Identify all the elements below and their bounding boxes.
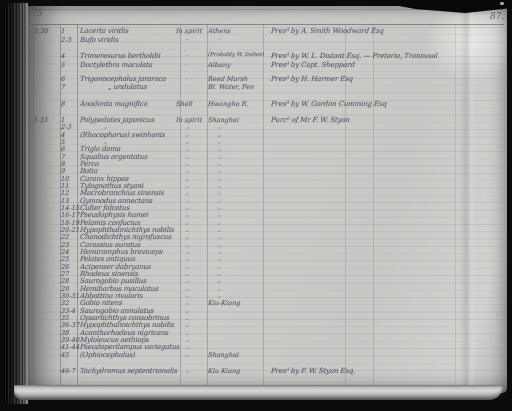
specimen-nature: „ xyxy=(186,138,190,145)
specimen-nature: „ xyxy=(186,255,190,262)
locality: Hwangho R. xyxy=(208,100,249,108)
locality: „ xyxy=(218,204,222,211)
specimen-nature: „ xyxy=(186,351,190,358)
locality: „ xyxy=(218,160,222,167)
specimen-nature: „ xyxy=(186,160,190,167)
specimen-nature: - xyxy=(186,36,189,43)
entry-number: 36-37 xyxy=(61,321,80,329)
species-name: „ undulatus xyxy=(108,83,148,91)
locality: „ xyxy=(218,175,222,182)
locality: „ xyxy=(218,233,222,240)
entry-number: 2-3 xyxy=(61,123,72,131)
locality: Reed Marsh xyxy=(208,75,249,83)
specimen-nature: „ xyxy=(186,343,190,350)
species-name: „ xyxy=(104,138,107,145)
locality: Bl. Water, Fen xyxy=(208,83,255,91)
entry-number: 32 xyxy=(61,299,70,307)
ledger-row: 46-7Tachydromus septentrionalis„Kiu Kian… xyxy=(28,367,508,376)
locality: „ xyxy=(218,182,222,189)
locality: (Probably W. Indies) xyxy=(208,52,265,58)
entry-date: 5.30 xyxy=(34,27,49,35)
page-corner-speck xyxy=(500,2,504,5)
species-name: Hypophthalmichthys nobilis xyxy=(80,321,175,329)
donor-note: Presᵈ by A. Smith Woodward Esq xyxy=(271,27,384,35)
specimen-nature: „ xyxy=(186,182,190,189)
locality: „ xyxy=(218,277,222,284)
entry-number: 7 xyxy=(61,83,66,91)
ledger-row: 4Trimeresurus bertholdii-(Probably W. In… xyxy=(28,52,508,61)
book-spine-edge xyxy=(4,3,28,404)
entry-number: 25 xyxy=(61,255,70,263)
entry-number: 6 xyxy=(61,145,66,153)
specimen-nature: „ xyxy=(186,336,190,343)
ledger-row: 45(Ophiocephalus)„Shanghai xyxy=(28,351,508,360)
ledger-row: 8Anodonta magnificaShellHwangho R.Presᵈ … xyxy=(28,100,508,109)
species-name: (Ophiocephalus) xyxy=(80,351,136,359)
species-name: Anodonta magnifica xyxy=(80,100,148,108)
species-name: Gobio nitens xyxy=(80,299,123,307)
scanned-register-page: 75 87. 5.301Lacerta viridisIn spiritAthe… xyxy=(0,0,512,411)
locality: Kiu-Kiang xyxy=(208,299,241,307)
specimen-nature: „ xyxy=(186,367,190,374)
specimen-nature: „ xyxy=(186,292,190,299)
specimen-nature: „ xyxy=(186,307,190,314)
locality: „ xyxy=(218,263,222,270)
locality: „ xyxy=(218,219,222,226)
specimen-nature: „ xyxy=(186,233,190,240)
page-bottom-edges xyxy=(14,385,503,400)
donor-note: Presᵈ by W. Gordon Cumming Esq xyxy=(271,100,387,108)
species-name: Macrobranchius sinensis xyxy=(80,189,165,197)
specimen-nature: „ xyxy=(186,270,190,277)
entry-number: 45 xyxy=(61,351,70,359)
locality: „ xyxy=(218,226,222,233)
specimen-nature: „ xyxy=(186,175,190,182)
specimen-nature: „ xyxy=(186,167,190,174)
specimen-nature: „ xyxy=(186,299,190,306)
entry-number: 5 xyxy=(61,61,66,69)
specimen-nature: „ xyxy=(186,153,190,160)
locality: „ xyxy=(218,131,222,138)
ledger-row: 2-3Bufo viridis-- xyxy=(28,36,508,45)
entry-number: 46-7 xyxy=(61,367,76,375)
species-name: Tachydromus septentrionalis xyxy=(80,367,178,375)
species-name: Chanodichthys nigrofuscus xyxy=(80,233,172,241)
entry-number: 8 xyxy=(61,100,66,108)
species-name: Pseudophysis humei xyxy=(80,211,149,219)
ledger-row: 7„ undulatusBl. Water, Fen xyxy=(28,83,508,92)
ledger-row: 5.301Lacerta viridisIn spiritAthensPresᵈ… xyxy=(28,27,508,36)
locality: Kiu Kiang xyxy=(208,367,241,375)
specimen-nature: „ xyxy=(186,226,190,233)
species-name: Pelates antiquus xyxy=(80,255,136,263)
species-name: Trimeresurus bertholdii xyxy=(80,52,161,60)
locality: „ xyxy=(218,292,222,299)
entry-number: 6 xyxy=(61,75,66,83)
locality: „ xyxy=(218,255,222,262)
entry-number: 28 xyxy=(61,277,70,285)
specimen-nature: „ xyxy=(186,189,190,196)
locality: „ xyxy=(218,270,222,277)
entry-number: 1 xyxy=(61,27,66,35)
page-number-right: 87. xyxy=(490,12,504,22)
specimen-nature: - xyxy=(186,61,189,68)
locality: „ xyxy=(218,197,222,204)
locality: „ xyxy=(218,211,222,218)
page-number-left: 75 xyxy=(31,9,42,19)
species-name: Saurogobio pusillus xyxy=(80,277,147,285)
specimen-nature: - xyxy=(186,75,189,82)
locality: „ xyxy=(218,285,222,292)
specimen-nature: „ xyxy=(186,145,190,152)
species-name: Trigla dama xyxy=(80,145,121,153)
species-name: „ xyxy=(104,123,107,130)
specimen-nature: Shell xyxy=(176,100,193,108)
locality: „ xyxy=(218,189,222,196)
specimen-nature: „ xyxy=(186,285,190,292)
locality: „ xyxy=(218,167,222,174)
locality: „ xyxy=(218,153,222,160)
ledger-row: 5Dactylethra maculata-AlbanyPresᵈ by Cap… xyxy=(28,61,508,70)
locality: Albany xyxy=(208,61,231,69)
specimen-nature: „ xyxy=(186,211,190,218)
entry-number: 9 xyxy=(61,167,66,175)
entry-number: 22 xyxy=(61,233,70,241)
locality: „ xyxy=(218,138,222,145)
species-name: Dactylethra maculata xyxy=(80,61,153,69)
specimen-nature: „ xyxy=(186,123,190,130)
specimen-nature: In spirit xyxy=(176,27,203,35)
specimen-nature: „ xyxy=(186,263,190,270)
locality: „ xyxy=(218,145,222,152)
specimen-nature: „ xyxy=(186,204,190,211)
header-rule xyxy=(31,24,504,25)
specimen-nature: „ xyxy=(186,321,190,328)
entry-number: 2-3 xyxy=(61,36,72,44)
donor-note: Presᵈ by F. W. Styan Esq. xyxy=(271,367,356,375)
specimen-nature: „ xyxy=(186,329,190,336)
entry-number: 41-44 xyxy=(61,343,80,351)
specimen-nature: „ xyxy=(186,277,190,284)
specimen-nature: „ xyxy=(186,219,190,226)
donor-note: Presᵈ by W. L. Distant Esq. — Pretoria, … xyxy=(271,52,438,60)
species-name: Bufo viridis xyxy=(80,36,119,44)
locality: - xyxy=(218,36,221,43)
specimen-nature: „ xyxy=(186,197,190,204)
donor-note: Presᵈ by Capt. Sheppard xyxy=(271,61,355,69)
specimen-nature: „ xyxy=(186,131,190,138)
entry-number: 12 xyxy=(61,189,70,197)
locality: „ xyxy=(218,248,222,255)
entry-number: 16-17 xyxy=(61,211,80,219)
specimen-nature: „ xyxy=(186,314,190,321)
specimen-nature: „ xyxy=(186,248,190,255)
species-name: Botia xyxy=(80,167,98,175)
locality: Shanghai xyxy=(208,351,240,359)
entry-number: 4 xyxy=(61,52,66,60)
species-name: Pseudoperilampus variegatus xyxy=(80,343,180,351)
donor-note: Presᵈ by H. Harmer Esq xyxy=(271,75,353,83)
species-name: Lacerta viridis xyxy=(80,27,129,35)
locality: „ xyxy=(218,123,222,130)
locality: Athens xyxy=(208,27,231,35)
species-name: Trigonocephalus jararaca xyxy=(80,75,167,83)
specimen-nature: „ xyxy=(186,241,190,248)
specimen-nature: - xyxy=(186,52,189,59)
locality: „ xyxy=(218,241,222,248)
